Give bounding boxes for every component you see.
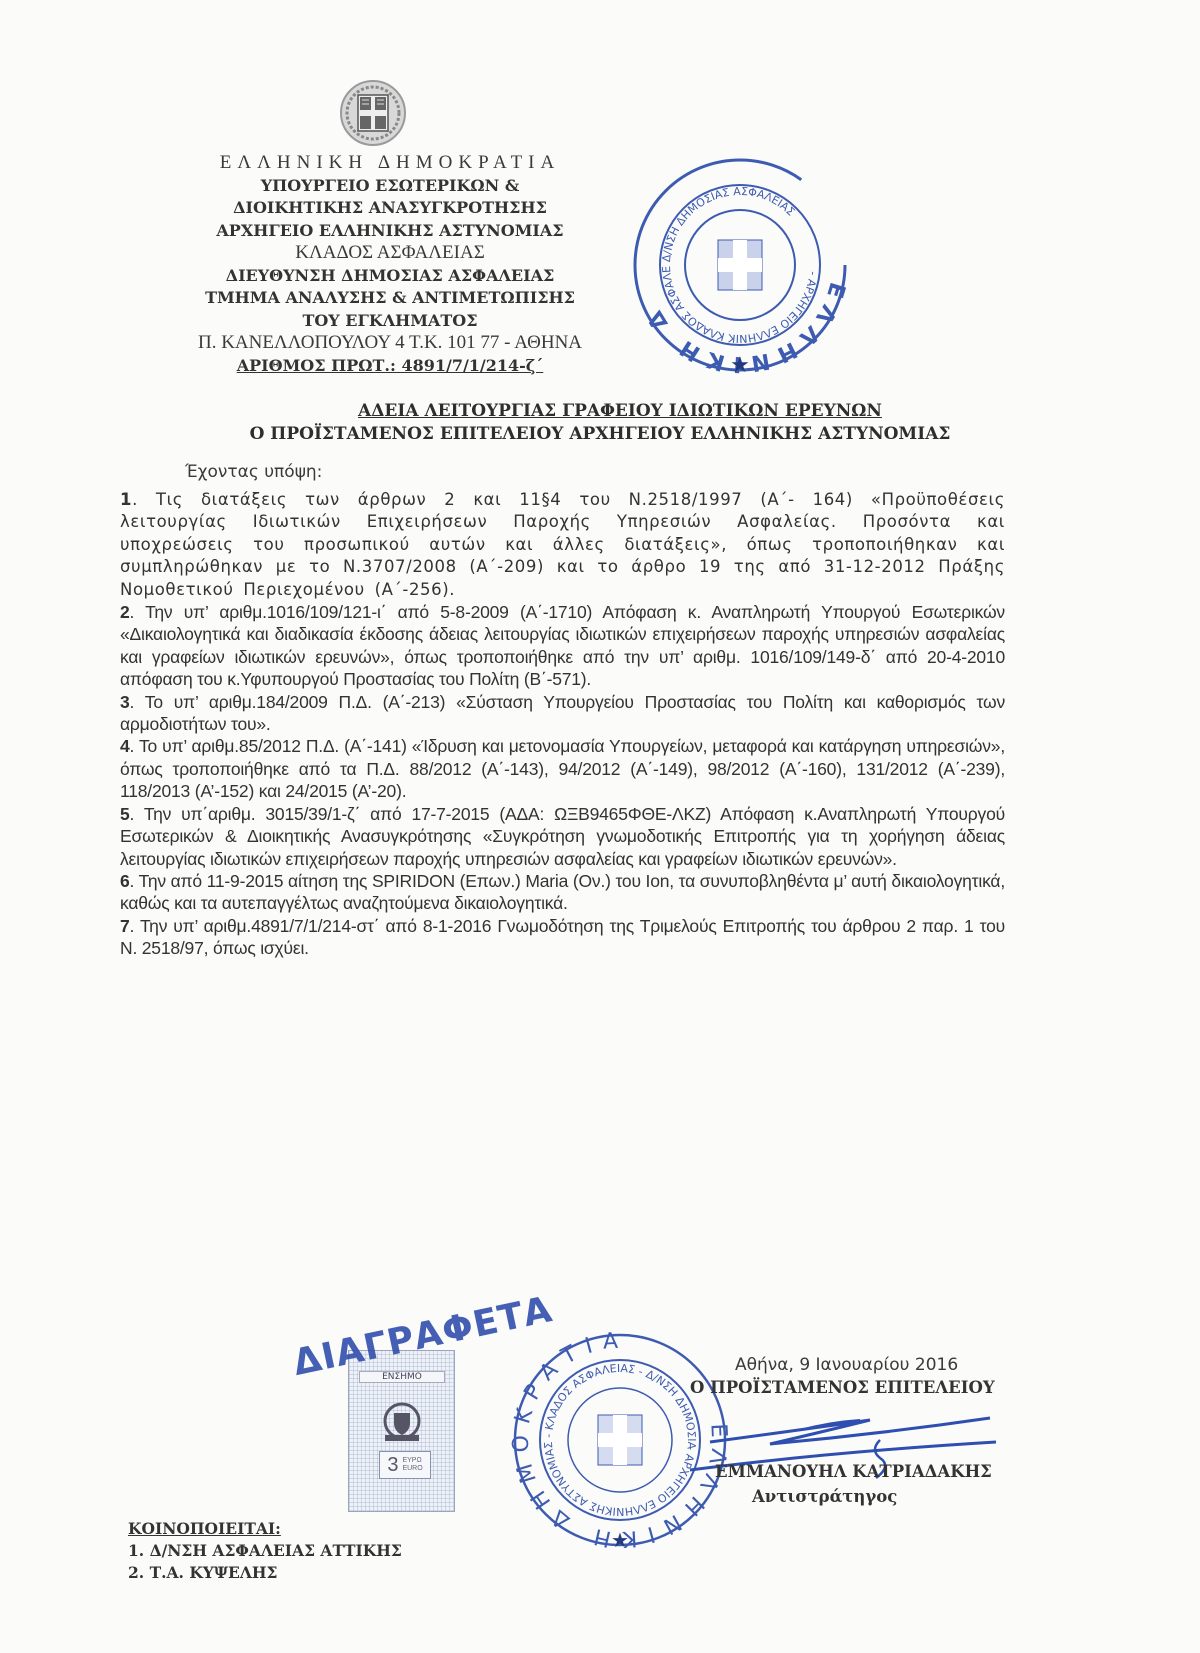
consideration-item: 1. Τις διατάξεις των άρθρων 2 και 11§4 τ… — [120, 489, 1005, 601]
issuer-title: Ο ΠΡΟΪΣΤΑΜΕΝΟΣ ΕΠΙΤΕΛΕΙΟΥ ΑΡΧΗΓΕΙΟΥ ΕΛΛΗ… — [120, 422, 1080, 446]
protocol-number: ΑΡΙΘΜΟΣ ΠΡΩΤ.: 4891/7/1/214-ζ΄ — [180, 355, 600, 378]
consideration-item: 7. Την υπ’ αριθμ.4891/7/1/214-στ΄ από 8-… — [120, 915, 1005, 960]
consideration-item: 3. Το υπ’ αριθμ.184/2009 Π.Δ. (Α΄-213) «… — [120, 691, 1005, 736]
consideration-item: 5. Την υπ΄αριθμ. 3015/39/1-ζ΄ από 17-7-2… — [120, 803, 1005, 870]
letterhead-ministry-1: ΥΠΟΥΡΓΕΙΟ ΕΣΩΤΕΡΙΚΩΝ & — [180, 175, 600, 198]
official-seal-stamp-top: ΕΛΛΗΝΙΚΗ Δ - ΑΡΧΗΓΕΙΟ ΕΛΛΗΝΙΚ ΚΛΑΔΟΣ ΑΣΦ… — [625, 150, 855, 380]
license-title: ΑΔΕΙΑ ΛΕΙΤΟΥΡΓΙΑΣ ΓΡΑΦΕΙΟΥ ΙΔΙΩΤΙΚΩΝ ΕΡΕ… — [120, 400, 1080, 422]
svg-text:★: ★ — [611, 1528, 629, 1552]
considerations-list: 1. Τις διατάξεις των άρθρων 2 και 11§4 τ… — [120, 489, 1005, 960]
consideration-item: 4. Το υπ’ αριθμ.85/2012 Π.Δ. (Α΄-141) «Ί… — [120, 735, 1005, 802]
letterhead-branch: ΚΛΑΔΟΣ ΑΣΦΑΛΕΙΑΣ — [180, 242, 600, 265]
revenue-stamp-label: ΕΝΣΗΜΟ — [359, 1371, 445, 1383]
letterhead: ΕΛΛΗΝΙΚΗ ΔΗΜΟΚΡΑΤΙΑ ΥΠΟΥΡΓΕΙΟ ΕΣΩΤΕΡΙΚΩΝ… — [180, 152, 600, 377]
letterhead-hq: ΑΡΧΗΓΕΙΟ ΕΛΛΗΝΙΚΗΣ ΑΣΤΥΝΟΜΙΑΣ — [180, 220, 600, 243]
letterhead-ministry-2: ΔΙΟΙΚΗΤΙΚΗΣ ΑΝΑΣΥΓΚΡΟΤΗΣΗΣ — [180, 197, 600, 220]
police-badge-icon — [377, 1401, 427, 1446]
greek-coat-of-arms-icon — [338, 78, 408, 148]
distribution-list: ΚΟΙΝΟΠΟΙΕΙΤΑΙ: 1. Δ/ΝΣΗ ΑΣΦΑΛΕΙΑΣ ΑΤΤΙΚΗ… — [128, 1518, 402, 1584]
document-title: ΑΔΕΙΑ ΛΕΙΤΟΥΡΓΙΑΣ ΓΡΑΦΕΙΟΥ ΙΔΙΩΤΙΚΩΝ ΕΡΕ… — [120, 400, 1080, 446]
revenue-stamp-value: 3 ΕΥΡΩEURO — [379, 1451, 431, 1479]
considering-intro: Έχοντας υπόψη: — [185, 462, 322, 482]
place-and-date: Αθήνα, 9 Ιανουαρίου 2016 — [735, 1355, 958, 1375]
signatory-name: ΕΜΜΑΝΟΥΗΛ ΚΑΤΡΙΑΔΑΚΗΣ — [715, 1462, 992, 1481]
distribution-heading: ΚΟΙΝΟΠΟΙΕΙΤΑΙ: — [128, 1518, 402, 1540]
signatory-rank: Αντιστράτηγος — [752, 1487, 897, 1506]
letterhead-department-2: ΤΟΥ ΕΓΚΛΗΜΑΤΟΣ — [180, 310, 600, 333]
revenue-stamp: ΕΝΣΗΜΟ 3 ΕΥΡΩEURO — [348, 1350, 455, 1512]
consideration-item: 2. Την υπ’ αριθμ.1016/109/121-ι΄ από 5-8… — [120, 601, 1005, 691]
letterhead-department-1: ΤΜΗΜΑ ΑΝΑΛΥΣΗΣ & ΑΝΤΙΜΕΤΩΠΙΣΗΣ — [180, 287, 600, 310]
letterhead-directorate: ΔΙΕΥΘΥΝΣΗ ΔΗΜΟΣΙΑΣ ΑΣΦΑΛΕΙΑΣ — [180, 265, 600, 288]
consideration-item: 6. Την από 11-9-2015 αίτηση της SPIRIDON… — [120, 870, 1005, 915]
letterhead-country: ΕΛΛΗΝΙΚΗ ΔΗΜΟΚΡΑΤΙΑ — [180, 152, 600, 175]
distribution-item: 1. Δ/ΝΣΗ ΑΣΦΑΛΕΙΑΣ ΑΤΤΙΚΗΣ — [128, 1540, 402, 1562]
signatory-title: Ο ΠΡΟΪΣΤΑΜΕΝΟΣ ΕΠΙΤΕΛΕΙΟΥ — [690, 1378, 995, 1397]
distribution-item: 2. Τ.Α. ΚΥΨΕΛΗΣ — [128, 1562, 402, 1584]
svg-text:★: ★ — [730, 353, 750, 378]
letterhead-address: Π. ΚΑΝΕΛΛΟΠΟΥΛΟΥ 4 Τ.Κ. 101 77 - ΑΘΗΝΑ — [180, 332, 600, 355]
